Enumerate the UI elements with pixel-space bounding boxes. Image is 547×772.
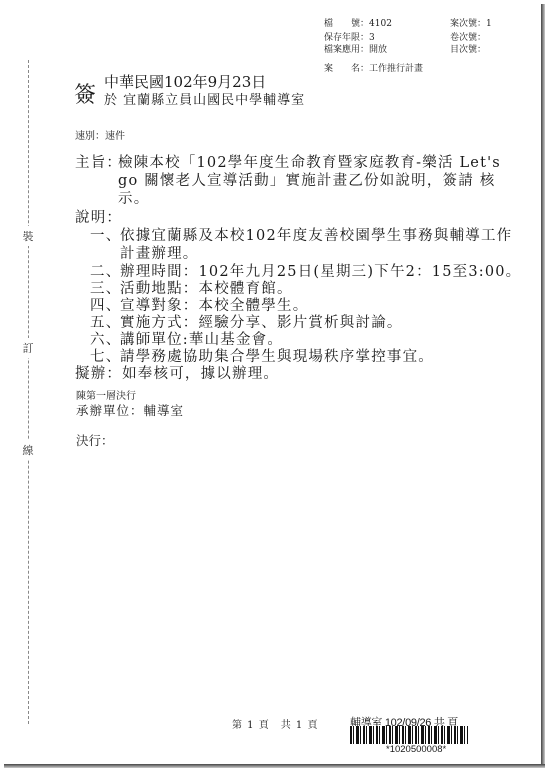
decision-label: 決行： — [76, 431, 114, 449]
binding-mark-ding: 訂 — [21, 338, 35, 358]
signature-mark: 簽 — [74, 78, 96, 109]
file-access: 檔案應用：開放 — [324, 44, 387, 56]
file-number: 檔 號：4102 — [324, 18, 392, 30]
retention-period: 保存年限：3 — [324, 32, 375, 44]
document-page: 裝 訂 線 檔 號：4102 保存年限：3 檔案應用：開放 案次號：1 卷次號：… — [0, 0, 541, 766]
binding-dashed-line — [28, 60, 29, 724]
binding-mark-xian: 線 — [21, 440, 35, 460]
approval-level: 陳第一層決行 — [76, 387, 136, 402]
page-shadow-right — [541, 4, 545, 768]
barcode — [350, 726, 468, 744]
subject-line-2: go 關懷老人宣導活動」實施計畫乙份如說明，簽請 核 — [118, 169, 495, 190]
page-shadow-bottom — [4, 764, 545, 768]
volume-sequence: 卷次號： — [450, 32, 486, 44]
subject-line-3: 示。 — [118, 187, 149, 208]
case-name: 案 名：工作推行計畫 — [324, 63, 423, 75]
handling-unit: 承辦單位：輔導室 — [76, 401, 184, 419]
issuing-unit: 於 宜蘭縣立員山國民中學輔導室 — [104, 89, 305, 108]
speed-category: 速別：速件 — [75, 127, 125, 142]
explanation-item-1-num: 一、 — [90, 224, 121, 245]
barcode-number: *1020500008* — [386, 744, 446, 755]
proposal: 擬辦：如奉核可，據以辦理。 — [75, 362, 279, 383]
item-sequence: 目次號： — [450, 44, 486, 56]
subject-label: 主旨： — [75, 151, 122, 172]
page-info: 第 1 頁 共 1 頁 — [232, 716, 318, 731]
binding-mark-zhuang: 裝 — [21, 226, 35, 246]
case-sequence: 案次號：1 — [450, 18, 492, 30]
